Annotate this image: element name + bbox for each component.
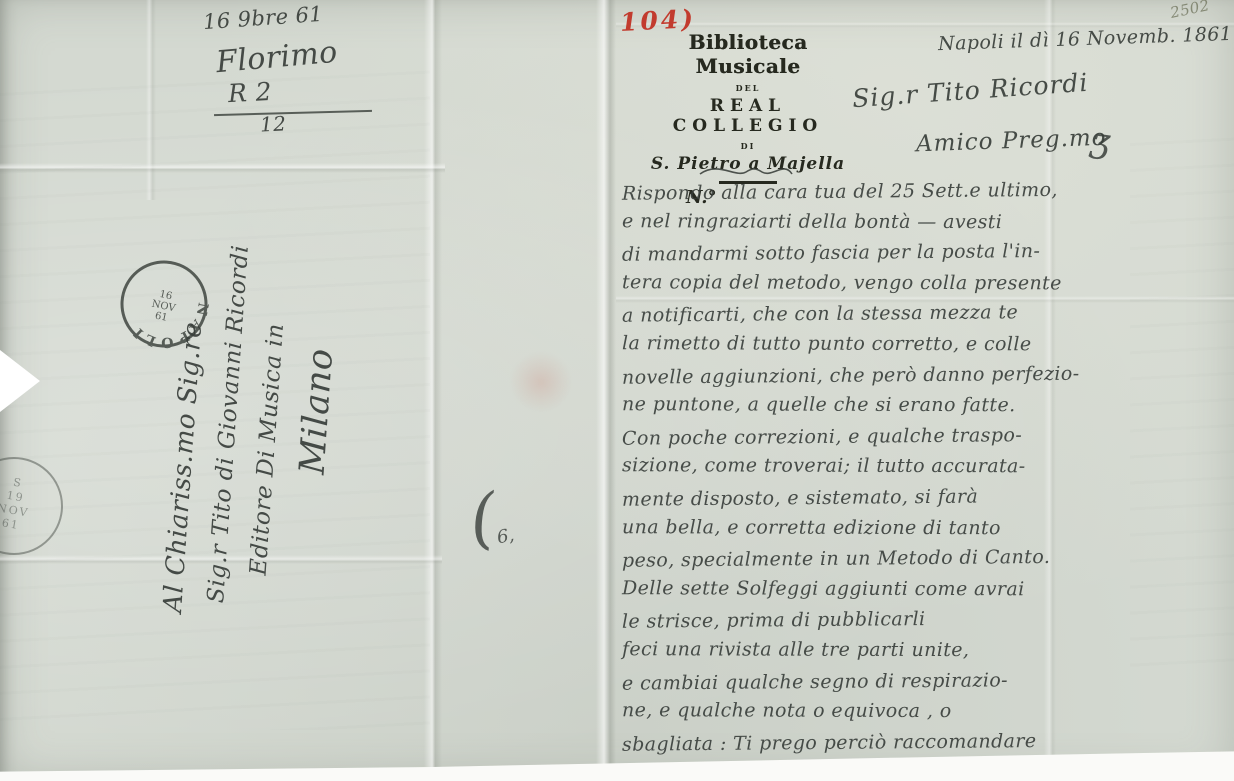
body-line: feci una rivista alle tre parti unite, bbox=[622, 634, 1234, 666]
letterhead-di: DI bbox=[638, 141, 858, 151]
body-line: a notificarti, che con la stessa mezza t… bbox=[622, 296, 1234, 332]
letterhead-institution: REAL COLLEGIO bbox=[638, 96, 858, 136]
body-line: mente disposto, e sistemato, si farà bbox=[622, 479, 1234, 515]
body-line: tera copia del metodo, vengo colla prese… bbox=[622, 267, 1234, 299]
vertical-fold-crease bbox=[424, 0, 442, 770]
partial-postmark-detail: 6, bbox=[495, 525, 516, 549]
body-line: e cambiai qualche segno di respirazio- bbox=[622, 663, 1234, 699]
body-line: la rimetto di tutto punto corretto, e co… bbox=[622, 328, 1234, 360]
arrival-stamp-line: S bbox=[12, 476, 24, 490]
body-line: le strisce, prima di pubblicarli bbox=[622, 602, 1234, 638]
address-line: Milano bbox=[293, 156, 355, 476]
docket-ref: R 2 bbox=[227, 77, 272, 108]
letter-recipient: Sig.r Tito Ricordi bbox=[851, 68, 1089, 113]
letterhead-title: Biblioteca Musicale bbox=[638, 30, 858, 78]
letter-paper: 16 9bre 61 Florimo R 2 12 Al Chiariss.mo… bbox=[0, 0, 1234, 781]
body-line: Con poche correzioni, e qualche traspo- bbox=[622, 418, 1234, 454]
scanned-letter-page: { "colors":{"paper":"#d4d9d1","ink":"#38… bbox=[0, 0, 1234, 781]
wax-seal-remnant bbox=[510, 352, 572, 412]
letter-body: Rispondo alla cara tua del 25 Sett.e ult… bbox=[622, 176, 1234, 757]
postmark-year: 61 bbox=[154, 311, 169, 324]
docket-number: 12 bbox=[259, 111, 286, 136]
docket-underline bbox=[214, 110, 372, 116]
vertical-fold-crease bbox=[146, 0, 156, 200]
body-line: sizione, come troverai; il tutto accurat… bbox=[622, 451, 1234, 483]
body-line: Rispondo alla cara tua del 25 Sett.e ult… bbox=[622, 173, 1234, 209]
arrival-stamp-line: 61 bbox=[1, 516, 21, 532]
body-line: ne, e qualche nota o equivoca , o bbox=[622, 695, 1234, 727]
vertical-fold-crease bbox=[596, 0, 616, 766]
salutation-flourish: Ʒ bbox=[1087, 127, 1112, 169]
letter-salutation: Amico Preg.mo bbox=[916, 125, 1107, 158]
body-line: una bella, e corretta edizione di tanto bbox=[622, 512, 1234, 544]
paper-edge-notch bbox=[0, 350, 40, 412]
recipient-address-block: Al Chiariss.mo Sig.re Sig.r Tito di Giov… bbox=[150, 143, 360, 627]
dateline: Napoli il dì 16 Novemb. 1861 bbox=[938, 23, 1233, 55]
body-line: di mandarmi sotto fascia per la posta l'… bbox=[622, 235, 1234, 271]
docket-date: 16 9bre 61 bbox=[202, 2, 323, 34]
letterhead-del: DEL bbox=[638, 83, 858, 93]
body-line: e nel ringraziarti della bontà — avesti bbox=[622, 206, 1234, 238]
body-line: novelle aggiunzioni, che però danno perf… bbox=[622, 357, 1234, 393]
body-line: peso, specialmente in un Metodo di Canto… bbox=[622, 540, 1234, 576]
body-line: ne puntone, a quelle che si erano fatte. bbox=[622, 389, 1234, 421]
corner-inventory-number: 2502 bbox=[1169, 0, 1212, 22]
partial-postmark-arc: ( bbox=[466, 479, 500, 558]
arrival-postmark-stamp: S 19 NOV 61 bbox=[0, 441, 79, 571]
body-line: sbagliata : Ti prego perciò raccomandare bbox=[622, 724, 1234, 760]
docket-name: Florimo bbox=[215, 35, 339, 80]
body-line: Delle sette Solfeggi aggiunti come avrai bbox=[622, 573, 1234, 605]
